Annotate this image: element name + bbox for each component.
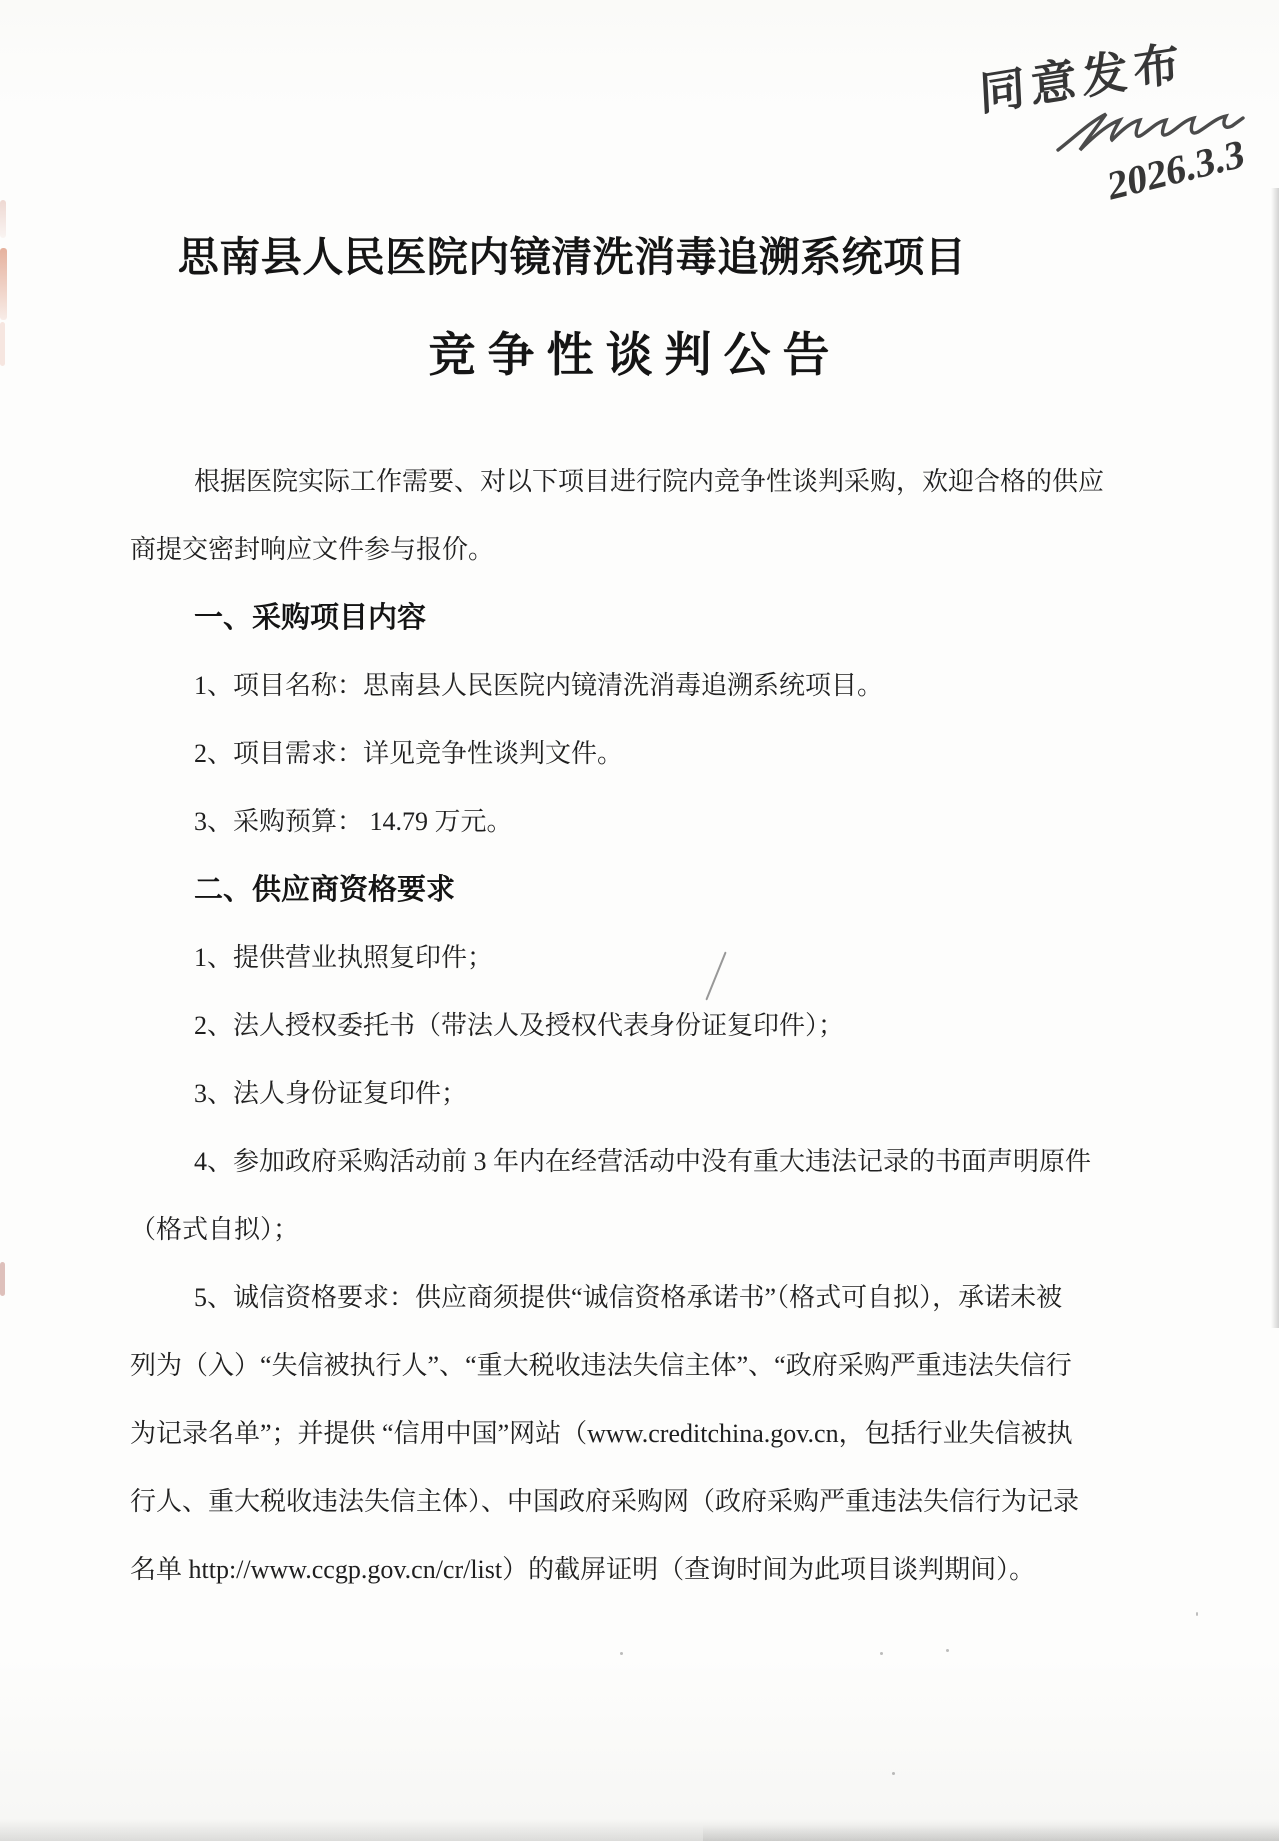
section-2-item-4-line: （格式自拟）； [130, 1196, 1154, 1264]
section-2-item-5-line: 5、诚信资格要求：供应商须提供“诚信资格承诺书”（格式可自拟），承诺未被 [130, 1264, 1154, 1332]
document-title: 思南县人民医院内镜清洗消毒追溯系统项目 [62, 224, 1082, 283]
intro-line: 商提交密封响应文件参与报价。 [130, 516, 1154, 584]
section-1-item-3: 3、采购预算： 14.79 万元。 [130, 788, 1154, 856]
scan-artifact-left-stain [0, 200, 6, 238]
section-1-item-2: 2、项目需求：详见竞争性谈判文件。 [130, 720, 1154, 788]
section-1-item-1: 1、项目名称：思南县人民医院内镜清洗消毒追溯系统项目。 [130, 652, 1154, 720]
scan-artifact-speck [620, 1652, 623, 1655]
section-1-heading: 一、采购项目内容 [130, 584, 1154, 652]
intro-line: 根据医院实际工作需要、对以下项目进行院内竞争性谈判采购，欢迎合格的供应 [130, 448, 1154, 516]
document-subtitle: 竞争性谈判公告 [119, 318, 1139, 385]
document-body: 根据医院实际工作需要、对以下项目进行院内竞争性谈判采购，欢迎合格的供应 商提交密… [130, 448, 1154, 1604]
scan-artifact-bottom-band [0, 1819, 1279, 1841]
scan-artifact-speck [1196, 1612, 1198, 1616]
scanned-document-page: 同意发布 2026.3.3 思南县人民医院内镜清洗消毒追溯系统项目 竞争性谈判公… [0, 0, 1279, 1841]
section-2-item-2: 2、法人授权委托书（带法人及授权代表身份证复印件）； [130, 992, 1154, 1060]
scan-artifact-right-band [1271, 188, 1279, 1328]
scan-artifact-speck [946, 1649, 949, 1652]
scan-artifact-left-stain [0, 1262, 5, 1296]
scan-artifact-left-stain [0, 248, 7, 320]
scan-artifact-speck [892, 1772, 895, 1775]
section-2-item-5-line: 名单 http://www.ccgp.gov.cn/cr/list）的截屏证明（… [130, 1536, 1154, 1604]
section-2-item-5-line: 行人、重大税收违法失信主体）、中国政府采购网（政府采购严重违法失信行为记录 [130, 1468, 1154, 1536]
section-2-item-3: 3、法人身份证复印件； [130, 1060, 1154, 1128]
section-2-item-4-line: 4、参加政府采购活动前 3 年内在经营活动中没有重大违法记录的书面声明原件 [130, 1128, 1154, 1196]
section-2-item-5-line: 为记录名单”；并提供 “信用中国”网站（www.creditchina.gov.… [130, 1400, 1154, 1468]
section-2-heading: 二、供应商资格要求 [130, 856, 1154, 924]
scan-artifact-speck [880, 1652, 883, 1655]
section-2-item-1: 1、提供营业执照复印件； [130, 924, 1154, 992]
scan-artifact-bottom-band [703, 1825, 1279, 1841]
scan-artifact-left-stain [0, 322, 5, 366]
section-2-item-5-line: 列为（入）“失信被执行人”、“重大税收违法失信主体”、“政府采购严重违法失信行 [130, 1332, 1154, 1400]
